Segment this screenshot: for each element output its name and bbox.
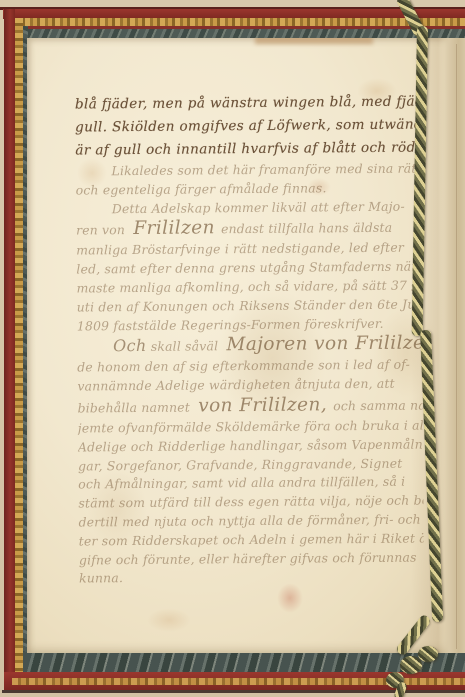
text-segment: gifne och förunte, eller härefter gifvas… (79, 549, 417, 567)
text-segment: Och (113, 336, 147, 355)
family-name-emphasis: Majoren von Frililzen, (218, 333, 422, 356)
manuscript-text: blå fjäder, men på wänstra wingen blå, m… (75, 91, 424, 589)
foxing-spot (277, 583, 303, 613)
paper-stain (147, 608, 191, 632)
page-edge-line (456, 44, 457, 649)
text-segment: och Afmålningar, samt vid alla andra til… (78, 474, 405, 492)
manuscript-line: gull. Skiölden omgifves af Löfwerk, som … (75, 114, 420, 140)
text-segment: manliga Bröstarfvinge i rätt nedstigande… (76, 240, 404, 258)
manuscript-line: Och skall såväl Majoren von Frililzen, o… (77, 333, 422, 359)
text-segment: Detta Adelskap kommer likväl att efter M… (112, 198, 405, 216)
text-segment: endast tillfalla hans äldsta (217, 220, 393, 237)
text-segment: dertill med njuta och nyttja alla de för… (79, 511, 424, 530)
manuscript-line: gifne och förunte, eller härefter gifvas… (79, 548, 424, 570)
text-segment: ren von (76, 222, 125, 237)
text-segment: maste manliga afkomling, och så vidare, … (76, 278, 417, 296)
text-segment: jemte ofvanförmälde Sköldemärke föra och… (78, 417, 423, 435)
cord-knot (400, 656, 422, 674)
text-segment: gar, Sorgefanor, Grafvande, Ringgravande… (78, 455, 402, 473)
text-segment: ter som Ridderskapet och Adeln i gemen h… (79, 530, 424, 548)
text-segment: bibehålla namnet (78, 399, 191, 415)
family-name-emphasis: Frililzen (125, 218, 217, 240)
text-segment: och samma namn, (329, 397, 423, 413)
text-segment: vannämnde Adelige wärdigheten åtnjuta de… (77, 376, 395, 394)
text-segment: uti den af Konungen och Riksens Ständer … (77, 296, 422, 314)
page-fore-edge (439, 38, 465, 653)
text-segment: kunna. (79, 570, 123, 585)
manuscript-line: Likaledes som det här framanföre med sin… (75, 160, 420, 182)
text-segment: blå fjäder, men på wänstra wingen blå, m… (75, 93, 420, 112)
gold-tooling-top (10, 18, 465, 26)
text-segment: skall såväl (147, 339, 219, 355)
text-segment: är af gull och innantill hvarfvis af blå… (75, 139, 420, 158)
manuscript-line: är af gull och innantill hvarfvis af blå… (75, 137, 420, 163)
family-name-emphasis: von Frililzen, (190, 394, 329, 416)
text-segment: stämt som utfärd till dess egen rätta vi… (78, 492, 423, 511)
gold-tooling-left (15, 18, 23, 683)
manuscript-page: blå fjäder, men på wänstra wingen blå, m… (27, 38, 465, 653)
text-segment: de honom den af sig efterkommande son i … (77, 357, 410, 375)
underlying-page-edge (255, 38, 373, 44)
text-segment: gull. Skiölden omgifves af Löfwerk, som … (75, 116, 420, 135)
manuscript-line: ren von Frililzen endast tillfalla hans … (76, 216, 421, 242)
manuscript-line: Adelige och Ridderlige handlingar, såsom… (78, 435, 423, 457)
text-segment: led, samt efter denna grens utgång Stamf… (76, 259, 421, 277)
manuscript-line: blå fjäder, men på wänstra wingen blå, m… (75, 91, 420, 117)
text-segment: och egenteliga färger afmålade finnas. (76, 180, 327, 197)
leather-border-left (4, 9, 15, 692)
manuscript-line: uti den af Konungen och Riksens Ständer … (77, 295, 422, 317)
text-segment: 1809 faststälde Regerings-Formen föreskr… (77, 315, 384, 333)
manuscript-line: kunna. (79, 567, 424, 589)
text-segment: Likaledes som det här framanföre med sin… (111, 160, 420, 178)
marbled-paper-bottom (23, 652, 465, 672)
text-segment: Adelige och Ridderlige handlingar, såsom… (78, 436, 423, 454)
manuscript-line: ter som Ridderskapet och Adeln i gemen h… (79, 529, 424, 551)
cord-knot (418, 646, 438, 662)
manuscript-line: bibehålla namnet von Frililzen, och samm… (77, 393, 422, 419)
